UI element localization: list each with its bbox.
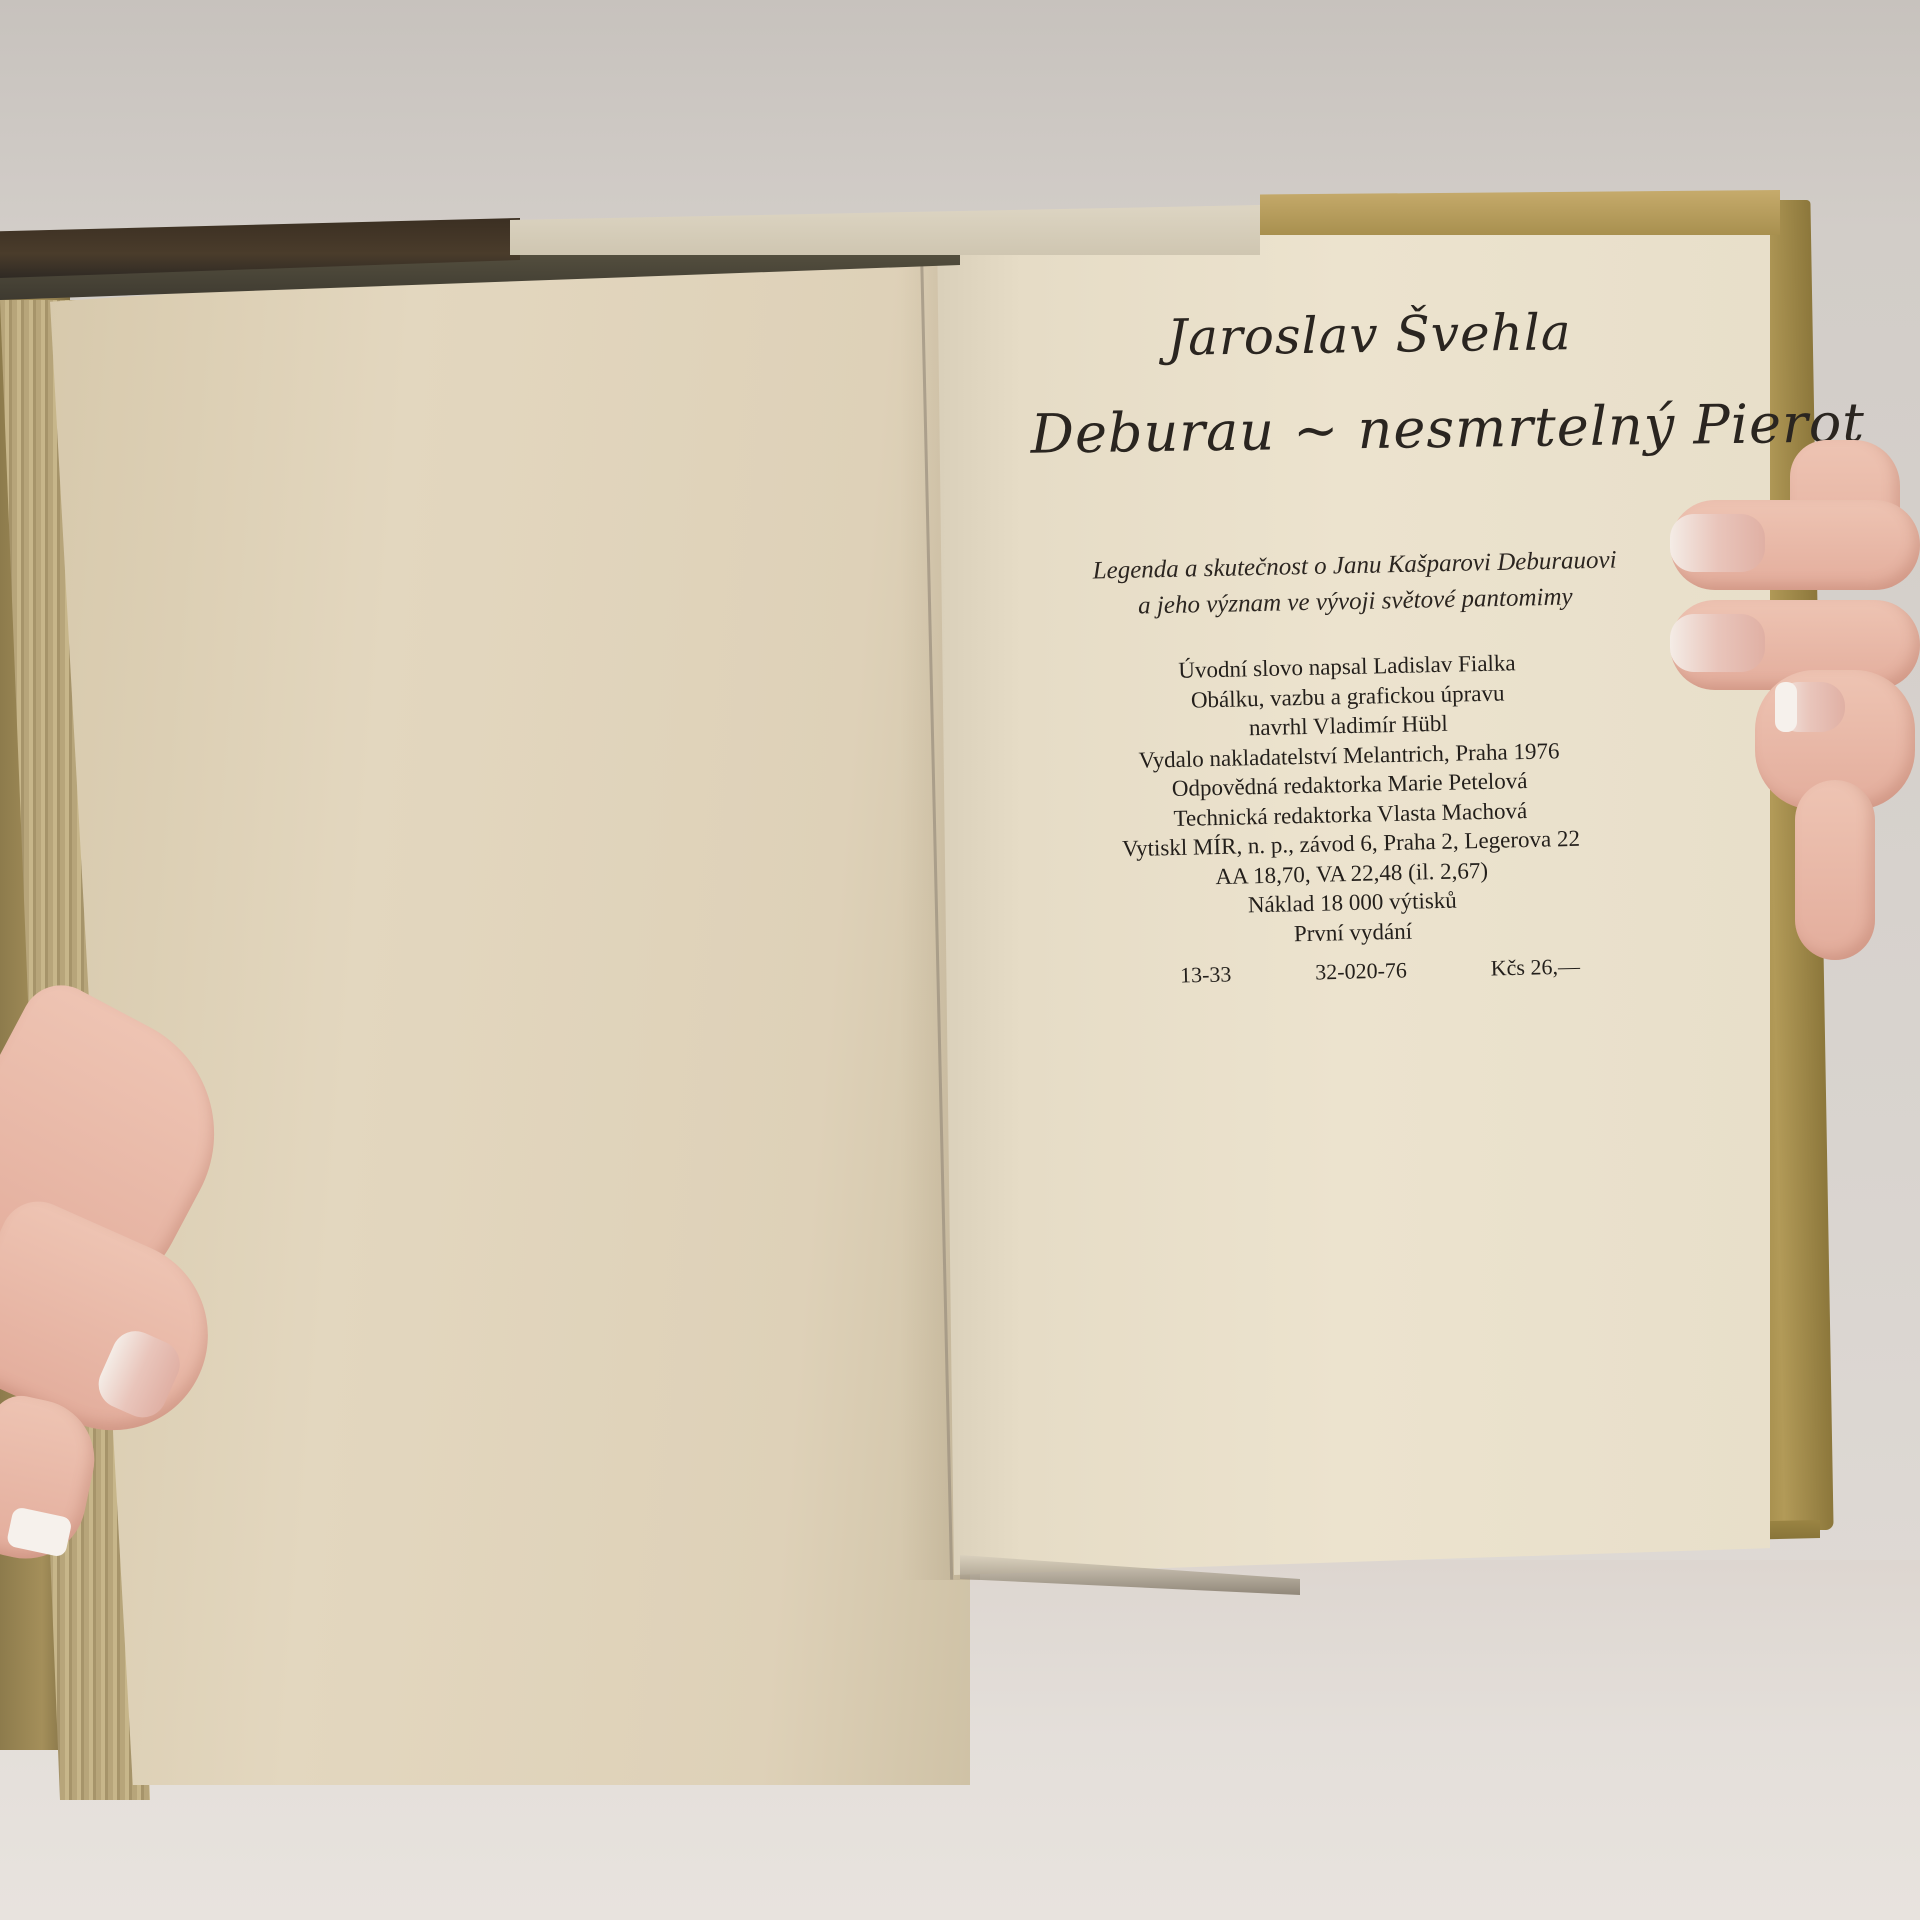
author-name: Jaroslav Švehla (1029, 290, 1710, 379)
book-headband (510, 205, 1260, 255)
fingernail (1775, 682, 1845, 732)
photo-scene: Jaroslav Švehla Deburau ~ nesmrtelný Pie… (0, 0, 1920, 1920)
gold-cover-top-edge (1260, 190, 1780, 235)
nail-tip (1775, 682, 1797, 732)
fingernail (1670, 514, 1765, 572)
left-page (50, 240, 970, 1785)
right-hand-lower-finger (1795, 780, 1875, 960)
book-title: Deburau ~ nesmrtelný Pierot (1030, 380, 1711, 479)
right-hand-index-finger (1670, 500, 1920, 590)
fingernail (1670, 614, 1765, 672)
title-block: Jaroslav Švehla Deburau ~ nesmrtelný Pie… (1029, 290, 1711, 479)
code-2: 32-020-76 (1315, 957, 1407, 985)
subtitle: Legenda a skutečnost o Janu Kašparovi De… (1059, 542, 1650, 626)
colophon: Úvodní slovo napsal Ladislav Fialka Obál… (1057, 645, 1644, 953)
price: Kčs 26,— (1490, 953, 1580, 981)
code-1: 13-33 (1180, 961, 1232, 988)
nail-tip (6, 1506, 73, 1558)
